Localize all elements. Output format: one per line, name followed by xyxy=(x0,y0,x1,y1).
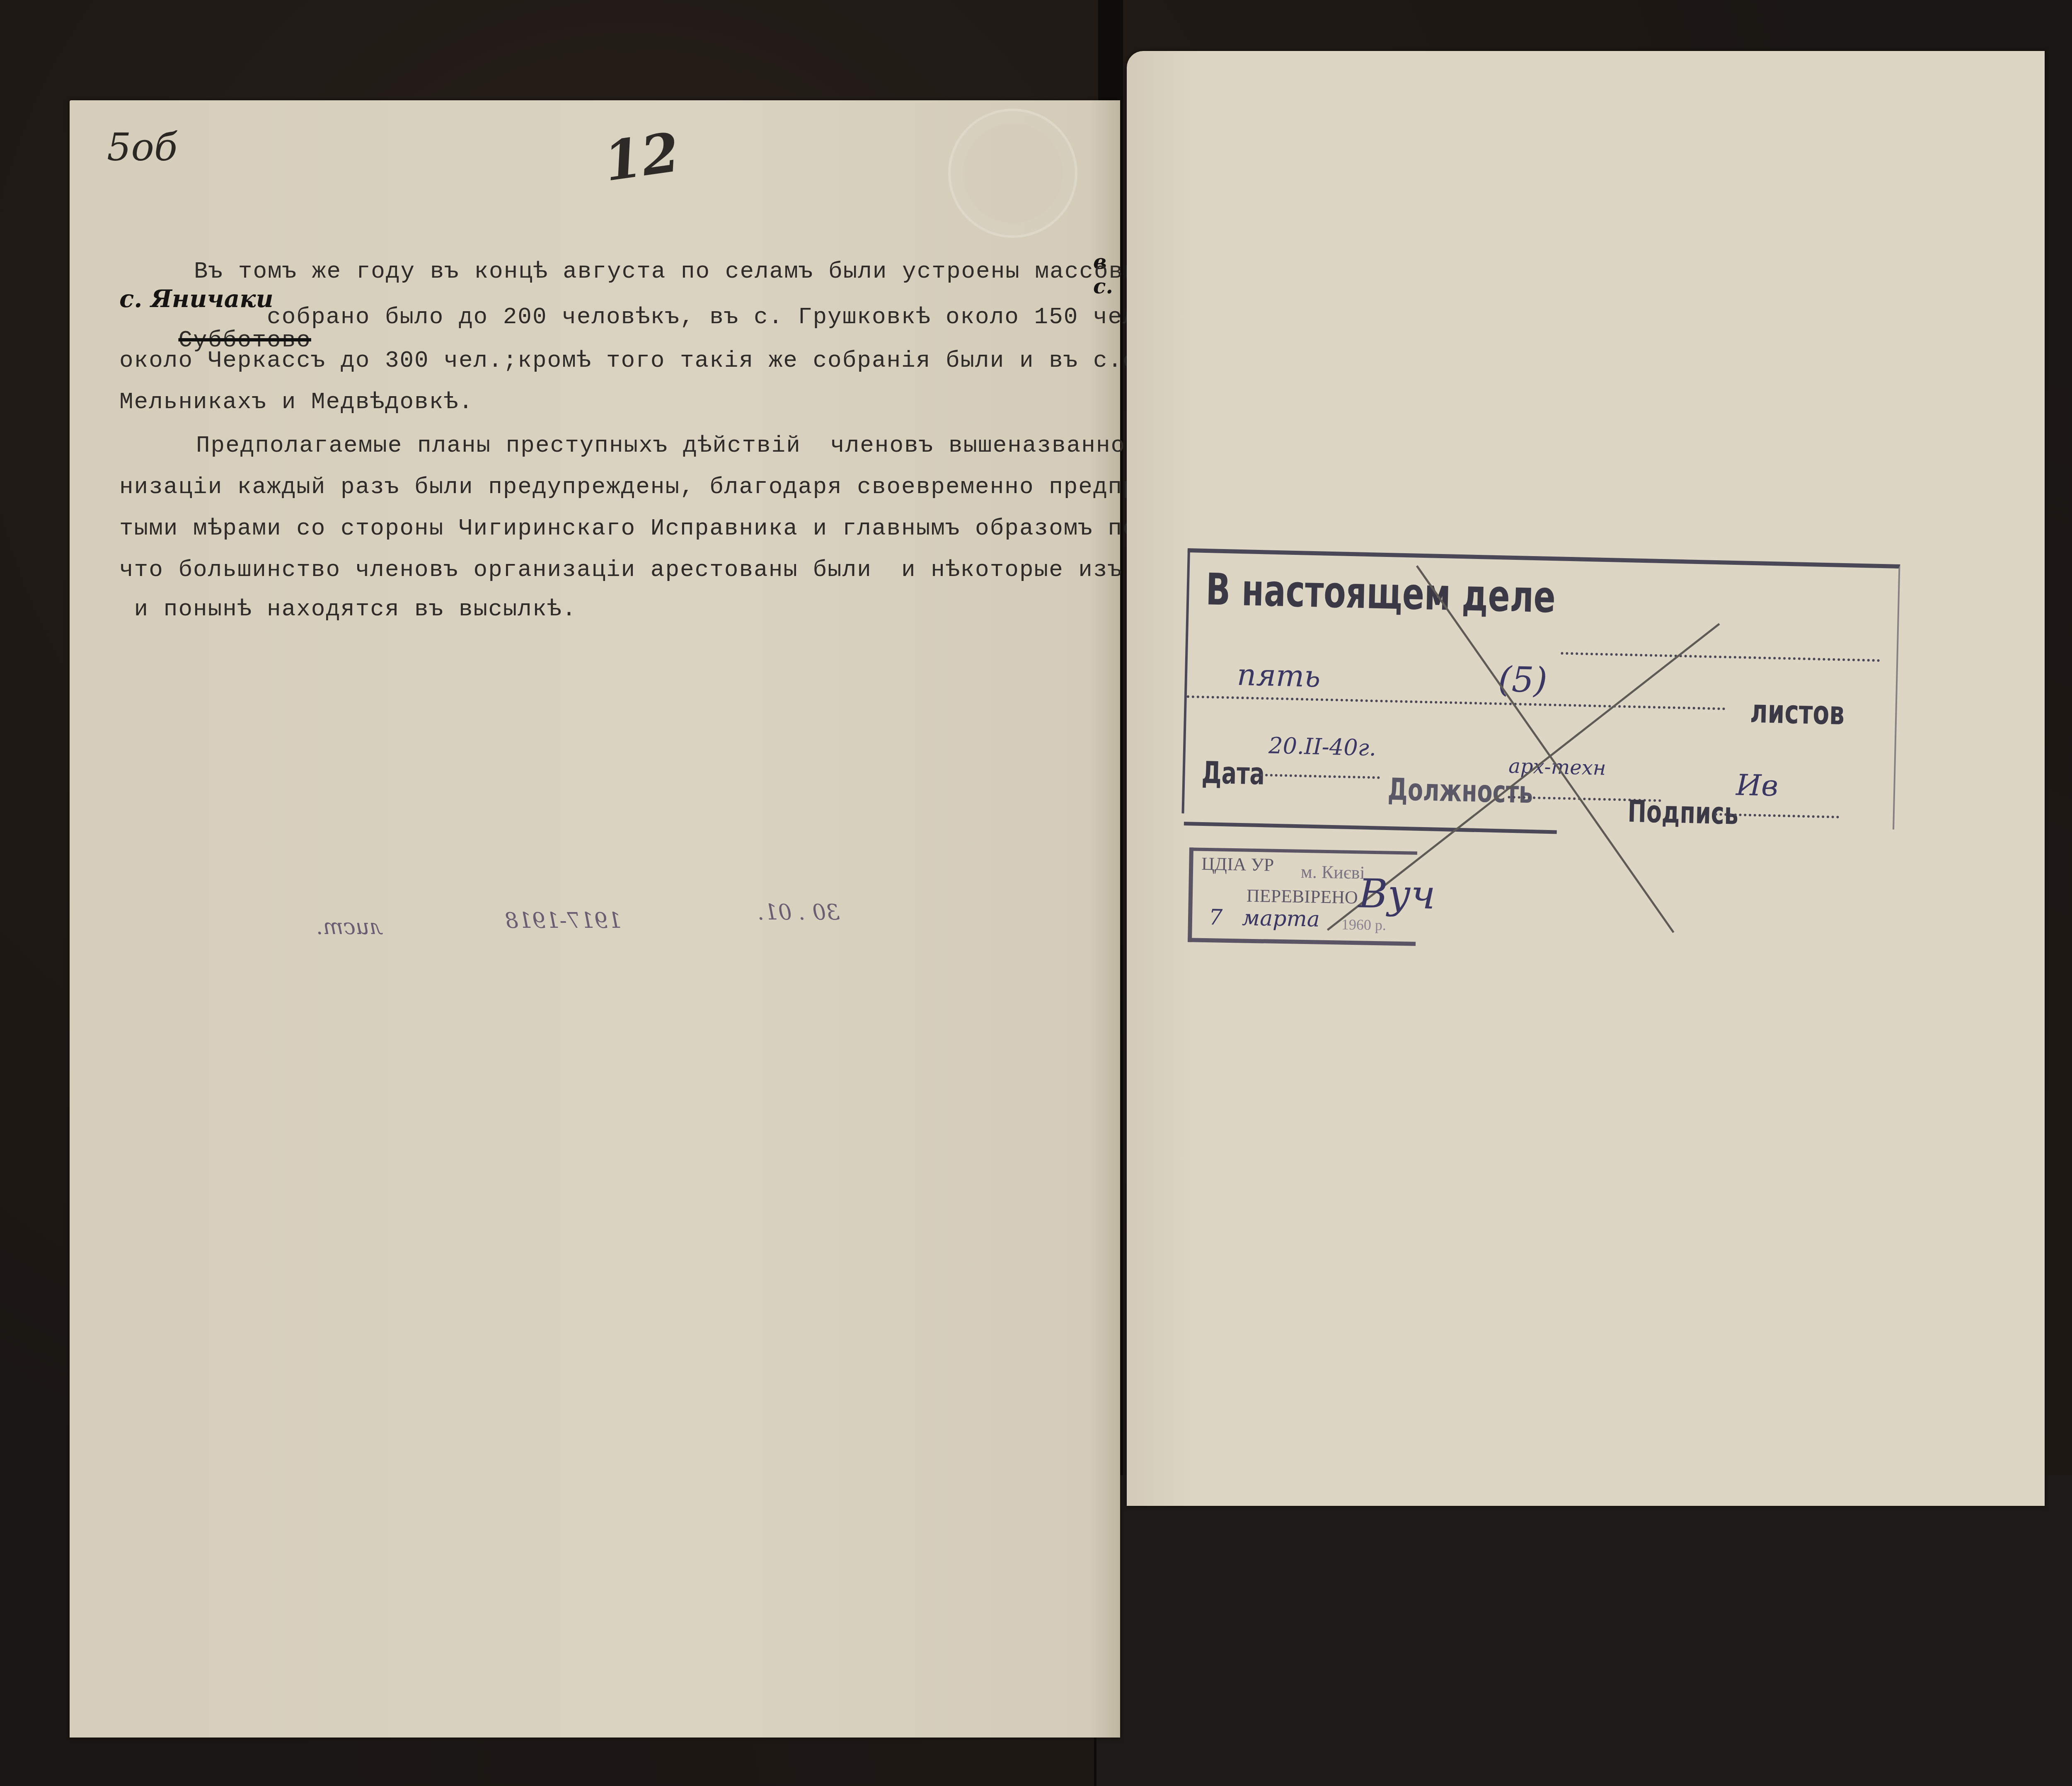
certification-stamp: В настоящем деле пять (5) листов Дата 20… xyxy=(1181,548,1900,830)
count-number: (5) xyxy=(1498,659,1548,701)
typed-line: что большинство членовъ организаціи арес… xyxy=(119,558,1170,581)
archive-city: м. Києві xyxy=(1301,861,1365,883)
archive-name: ЦДІА УР xyxy=(1201,853,1274,876)
typed-line: Мельникахъ и Медвѣдовкѣ. xyxy=(119,390,1170,414)
stamp-unit-label: листов xyxy=(1750,692,1845,732)
page-number: 12 xyxy=(600,120,683,194)
verified-year: 1960 р. xyxy=(1341,916,1386,934)
stamp-rule xyxy=(1256,774,1380,779)
archive-verification-stamp: ЦДІА УР м. Києві ПЕРЕВІРЕНО 7 марта 1960… xyxy=(1188,847,1417,946)
folio-mark: 5об xyxy=(107,125,177,169)
date-value: 20.II-40г. xyxy=(1268,733,1377,761)
bleed-through-mark: лист. xyxy=(316,915,383,939)
verified-month: марта xyxy=(1242,905,1320,932)
verified-label: ПЕРЕВІРЕНО xyxy=(1247,885,1358,908)
typed-line: Субботово собрано было до 200 человѣкъ, … xyxy=(119,305,1170,329)
left-page: 5об 12 с. Яничаки в с. Въ томъ же году в… xyxy=(70,100,1120,1738)
typed-line: тыми мѣрами со стороны Чигиринскаго Испр… xyxy=(119,517,1170,540)
typed-line: около Черкассъ до 300 чел.;кромѣ того та… xyxy=(119,349,1170,372)
stamp-rule xyxy=(1561,652,1880,661)
typed-line: Въ томъ же году въ концѣ августа по села… xyxy=(70,260,1244,283)
folder-cover xyxy=(1094,1475,2072,1786)
bleed-through-mark: 30 . 01. xyxy=(758,900,840,925)
stamp-bottom-rule xyxy=(1184,822,1557,834)
typed-line: Предполагаемые планы преступныхъ дѣйстві… xyxy=(196,434,1247,457)
embossed-seal-icon xyxy=(948,109,1077,238)
typed-line: и понынѣ находятся въ высылкѣ. xyxy=(119,598,1170,621)
right-page: В настоящем деле пять (5) листов Дата 20… xyxy=(1127,51,2045,1506)
stamp-heading: В настоящем деле xyxy=(1205,565,1556,623)
signature-value: Ив xyxy=(1736,768,1779,803)
count-word: пять xyxy=(1237,657,1321,694)
verified-day: 7 xyxy=(1209,905,1223,930)
typed-line-rest: собрано было до 200 человѣкъ, въ с. Груш… xyxy=(252,304,1167,330)
stamp-rule xyxy=(1187,695,1726,710)
signature-label: Подпись xyxy=(1627,794,1739,831)
verifier-signature: Вуч xyxy=(1358,870,1436,918)
bleed-through-mark: 1917-1918 xyxy=(505,908,622,933)
typed-line: низаціи каждый разъ были предупреждены, … xyxy=(119,475,1170,499)
